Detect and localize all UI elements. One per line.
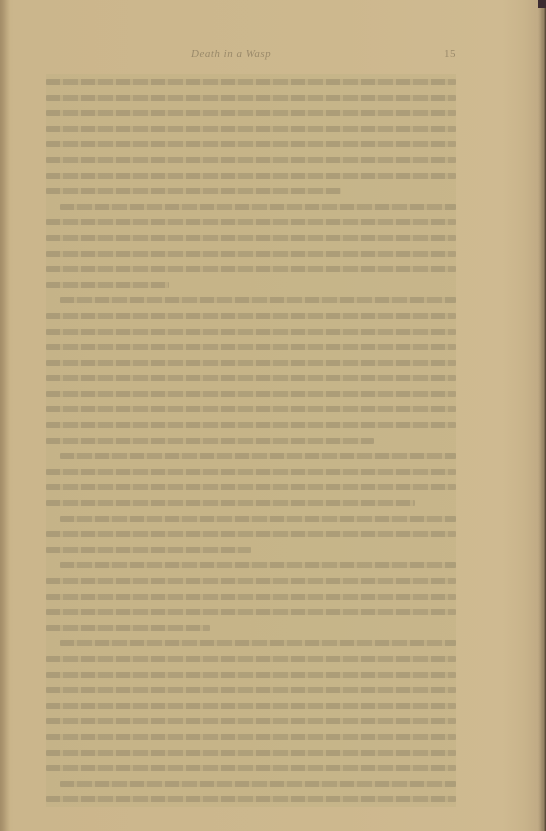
text-line bbox=[46, 589, 456, 605]
page-edge bbox=[538, 0, 546, 831]
corner-shadow bbox=[538, 0, 546, 8]
running-head: Death in a Wasp bbox=[191, 48, 271, 60]
text-line bbox=[46, 667, 456, 683]
text-line bbox=[46, 682, 456, 698]
text-line bbox=[46, 261, 456, 277]
text-line bbox=[46, 386, 456, 402]
text-line bbox=[46, 620, 456, 636]
paragraph bbox=[46, 776, 456, 807]
text-line bbox=[46, 745, 456, 761]
text-line bbox=[46, 246, 456, 262]
paragraph bbox=[46, 199, 456, 293]
text-line bbox=[46, 760, 456, 776]
text-line bbox=[46, 417, 456, 433]
text-line bbox=[46, 121, 456, 137]
text-line bbox=[46, 495, 456, 511]
paragraph bbox=[46, 448, 456, 510]
text-line bbox=[46, 511, 456, 527]
text-line bbox=[46, 277, 456, 293]
text-line bbox=[46, 324, 456, 340]
body-text bbox=[46, 74, 456, 807]
text-line bbox=[46, 136, 456, 152]
text-line bbox=[46, 339, 456, 355]
paragraph bbox=[46, 635, 456, 775]
text-line bbox=[46, 401, 456, 417]
text-line bbox=[46, 557, 456, 573]
text-line bbox=[46, 464, 456, 480]
text-line bbox=[46, 448, 456, 464]
text-line bbox=[46, 230, 456, 246]
text-line bbox=[46, 573, 456, 589]
text-line bbox=[46, 183, 456, 199]
text-line bbox=[46, 542, 456, 558]
text-line bbox=[46, 152, 456, 168]
book-page: Death in a Wasp 15 bbox=[0, 0, 546, 831]
text-line bbox=[46, 214, 456, 230]
paragraph bbox=[46, 292, 456, 448]
text-line bbox=[46, 308, 456, 324]
text-line bbox=[46, 90, 456, 106]
page-number: 15 bbox=[444, 48, 456, 60]
text-line bbox=[46, 74, 456, 90]
text-line bbox=[46, 729, 456, 745]
text-line bbox=[46, 370, 456, 386]
page-header: Death in a Wasp 15 bbox=[46, 48, 456, 64]
text-line bbox=[46, 105, 456, 121]
text-line bbox=[46, 479, 456, 495]
paragraph bbox=[46, 511, 456, 558]
text-line bbox=[46, 713, 456, 729]
text-line bbox=[46, 355, 456, 371]
text-line bbox=[46, 651, 456, 667]
gutter-shadow bbox=[0, 0, 10, 831]
paragraph bbox=[46, 557, 456, 635]
text-line bbox=[46, 604, 456, 620]
text-line bbox=[46, 635, 456, 651]
paragraph bbox=[46, 74, 456, 199]
text-line bbox=[46, 168, 456, 184]
text-line bbox=[46, 698, 456, 714]
text-line bbox=[46, 199, 456, 215]
text-line bbox=[46, 791, 456, 807]
text-line bbox=[46, 776, 456, 792]
text-line bbox=[46, 526, 456, 542]
text-line bbox=[46, 433, 456, 449]
text-line bbox=[46, 292, 456, 308]
